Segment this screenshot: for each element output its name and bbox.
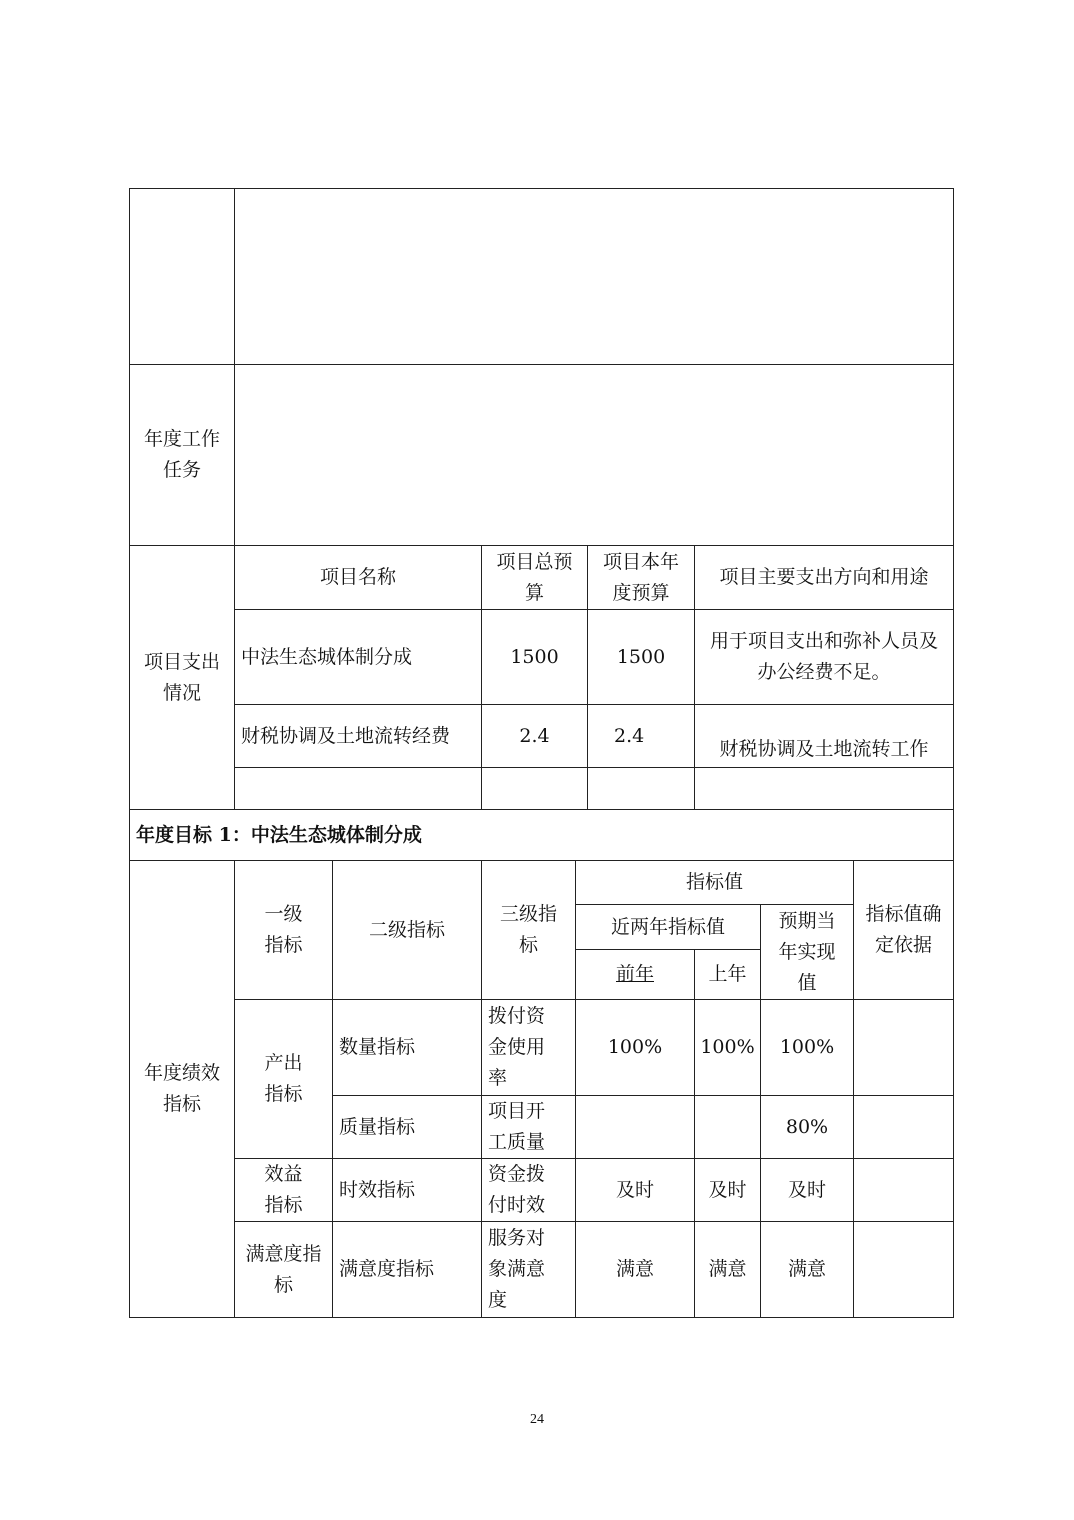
- top-label-cell: [129, 188, 235, 365]
- exp-row-1-purpose: 用于项目支出和弥补人员及办公经费不足。: [694, 609, 954, 705]
- exp-row-2-annual: 2.4: [587, 704, 695, 768]
- exp-row-3-total: [481, 767, 588, 810]
- perf-row-1-level3: 拨付资金使用率: [481, 999, 576, 1096]
- perf-row-4-level2: 满意度指标: [332, 1221, 482, 1318]
- top-content-cell: [234, 188, 954, 365]
- perf-row-1-level2: 数量指标: [332, 999, 482, 1096]
- page-number: 24: [0, 1412, 1074, 1428]
- level1-output: 产出指标: [234, 999, 333, 1159]
- perf-row-3-level2: 时效指标: [332, 1158, 482, 1222]
- perf-row-4-level3: 服务对象满意度: [481, 1221, 576, 1318]
- exp-row-1-annual: 1500: [587, 609, 695, 705]
- header-basis: 指标值确定依据: [853, 860, 954, 1000]
- performance-label: 年度绩效指标: [129, 860, 235, 1318]
- header-purpose: 项目主要支出方向和用途: [694, 545, 954, 610]
- perf-row-4-last: 满意: [694, 1221, 761, 1318]
- perf-row-3-level3: 资金拨付时效: [481, 1158, 576, 1222]
- header-annual-budget: 项目本年度预算: [587, 545, 695, 610]
- header-indicator-value: 指标值: [575, 860, 854, 905]
- header-level2: 二级指标: [332, 860, 482, 1000]
- perf-row-1-basis: [853, 999, 954, 1096]
- header-prev-year: 前年: [575, 949, 695, 1000]
- exp-row-3-name: [234, 767, 482, 810]
- perf-row-3-expected: 及时: [760, 1158, 854, 1222]
- perf-row-2-last: [694, 1095, 761, 1159]
- perf-row-2-basis: [853, 1095, 954, 1159]
- header-total-budget: 项目总预算: [481, 545, 588, 610]
- exp-row-1-name: 中法生态城体制分成: [234, 609, 482, 705]
- perf-row-4-basis: [853, 1221, 954, 1318]
- exp-row-1-total: 1500: [481, 609, 588, 705]
- header-level1: 一级指标: [234, 860, 333, 1000]
- perf-row-4-prev: 满意: [575, 1221, 695, 1318]
- perf-row-2-prev: [575, 1095, 695, 1159]
- level1-benefit: 效益指标: [234, 1158, 333, 1222]
- perf-row-2-expected: 80%: [760, 1095, 854, 1159]
- perf-row-3-prev: 及时: [575, 1158, 695, 1222]
- header-recent-two-years: 近两年指标值: [575, 904, 761, 950]
- perf-row-1-prev: 100%: [575, 999, 695, 1096]
- perf-row-4-expected: 满意: [760, 1221, 854, 1318]
- exp-row-2-purpose: 财税协调及土地流转工作: [694, 704, 954, 768]
- exp-row-3-purpose: [694, 767, 954, 810]
- annual-tasks-content: [234, 364, 954, 546]
- perf-row-1-expected: 100%: [760, 999, 854, 1096]
- exp-row-3-annual: [587, 767, 695, 810]
- level1-satisfaction: 满意度指标: [234, 1221, 333, 1318]
- expenditure-label: 项目支出情况: [129, 545, 235, 810]
- perf-row-2-level2: 质量指标: [332, 1095, 482, 1159]
- annual-tasks-label: 年度工作任务: [129, 364, 235, 546]
- exp-row-2-total: 2.4: [481, 704, 588, 768]
- header-expected: 预期当年实现值: [760, 904, 854, 1000]
- perf-row-3-last: 及时: [694, 1158, 761, 1222]
- header-last-year: 上年: [694, 949, 761, 1000]
- header-level3: 三级指标: [481, 860, 576, 1000]
- perf-row-2-level3: 项目开工质量: [481, 1095, 576, 1159]
- perf-row-3-basis: [853, 1158, 954, 1222]
- goal-title: 年度目标 1：中法生态城体制分成: [129, 809, 954, 861]
- exp-row-2-name: 财税协调及土地流转经费: [234, 704, 482, 768]
- header-project-name: 项目名称: [234, 545, 482, 610]
- perf-row-1-last: 100%: [694, 999, 761, 1096]
